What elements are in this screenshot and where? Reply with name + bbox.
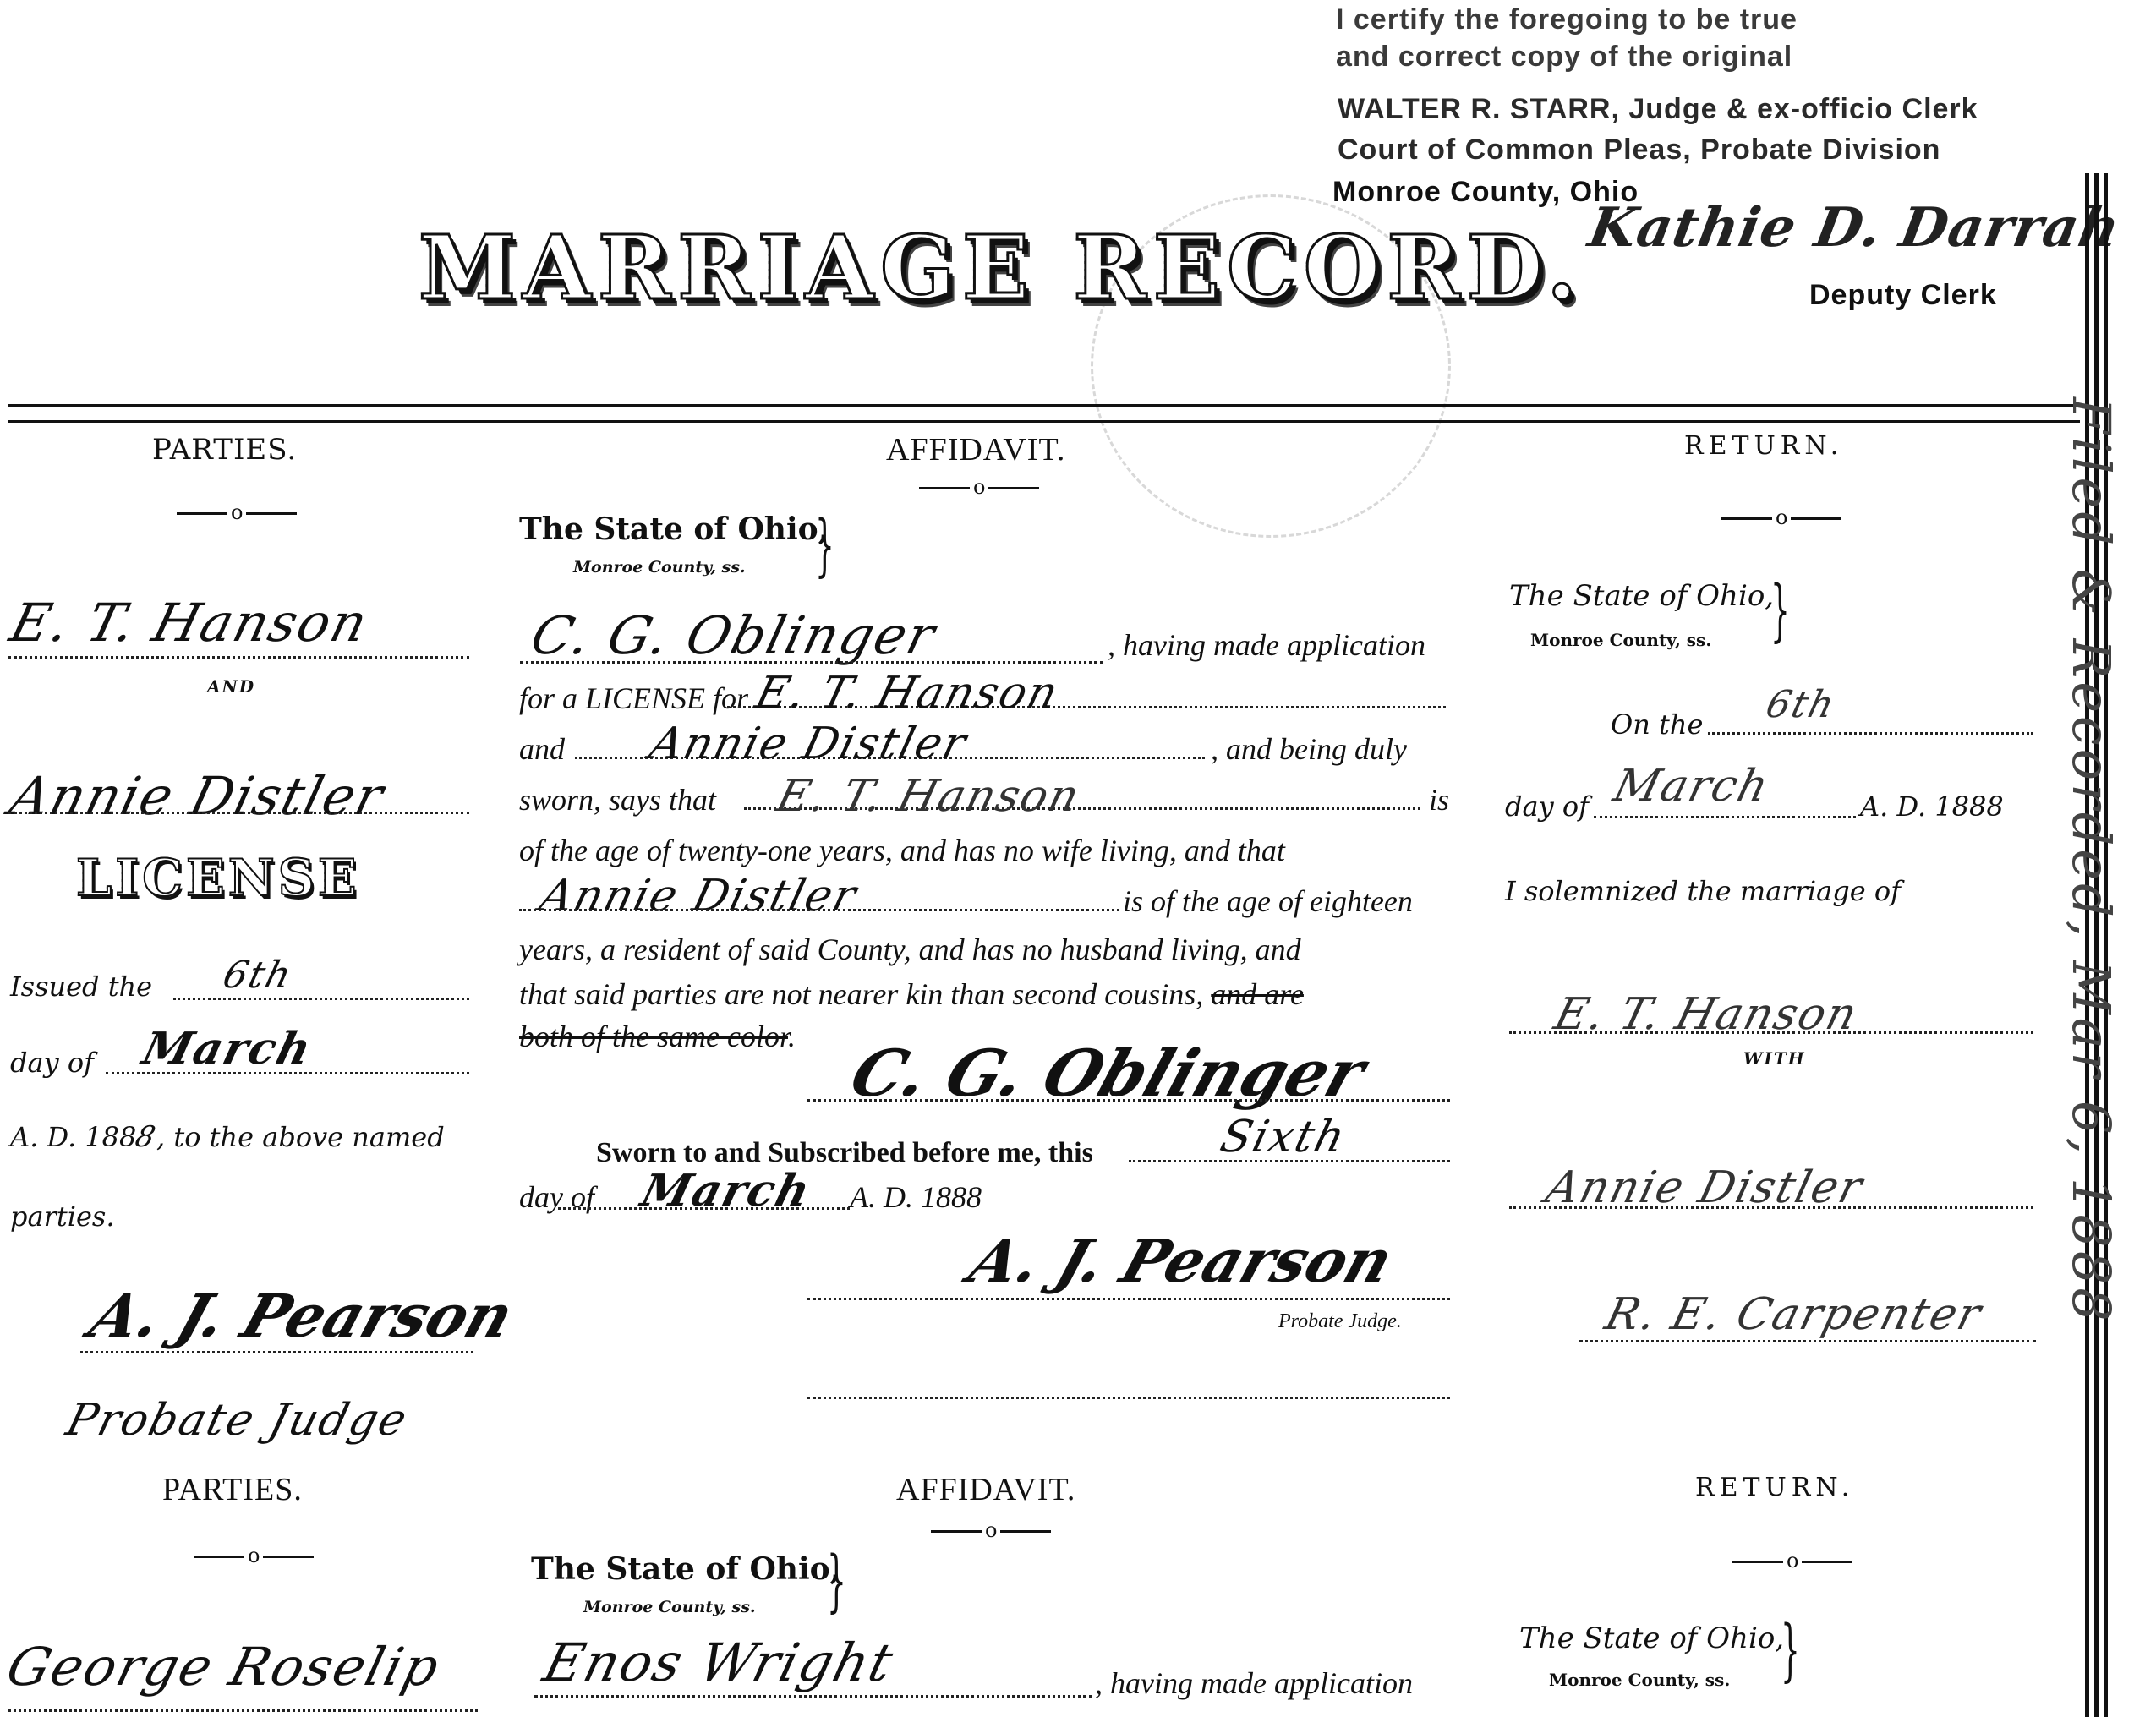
county-name: Monroe County, Ohio [1332,176,1639,209]
ornament-divider: o [190,1544,317,1567]
sworn-name: E. T. Hanson [772,771,1086,822]
bride-name-line [519,909,1119,911]
bride-name: Annie Distler [535,871,863,921]
margin-recording-note: Filed & Recorded, Mar 6, 1888 [2060,397,2122,1325]
brace: } [827,1547,846,1615]
header-rule-bottom [8,420,2080,423]
court-name: Court of Common Pleas, Probate Division [1338,134,1940,167]
sworn-day: Sixth [1216,1112,1352,1162]
return-month: March [1609,761,1776,812]
being-duly: , and being duly [1211,731,1407,767]
state-of-ohio: The State of Ohio, [519,511,829,547]
header-rule-top [8,404,2080,407]
sworn-says-label: sworn, says that [519,782,716,817]
groom-name: George Roselip [1,1636,446,1698]
parties-header: PARTIES. [152,433,297,467]
return-header: RETURN. [1695,1473,1854,1502]
return-day-line [1708,732,2033,735]
judge-signature: A. J. Pearson [961,1226,1402,1296]
county-ss: Monroe County, ss. [1530,630,1711,650]
groom-line [8,1709,478,1712]
and-label: and [519,731,565,767]
affidavit-header: AFFIDAVIT. [896,1471,1075,1508]
state-of-ohio: The State of Ohio, [1519,1621,1784,1655]
license-for-name: E. T. Hanson [751,668,1064,719]
groom-name: E. T. Hanson [4,592,375,653]
ornament-divider: o [916,475,1042,499]
deputy-clerk-signature: Kathie D. Darrah [1584,196,2125,260]
ornament-divider: o [1718,506,1845,529]
return-bride: Annie Distler [1541,1162,1869,1213]
return-day: 6th [1762,683,1841,726]
period: . [788,1020,796,1053]
applicant-name: Enos Wright [538,1632,900,1693]
color-line: both of the same color. [519,1019,796,1054]
state-of-ohio: The State of Ohio, [1509,579,1774,613]
officiant-signature: R. E. Carpenter [1601,1289,1988,1340]
brace: } [1770,577,1790,644]
ad-prefix: A. D. 188 [850,1180,966,1214]
issued-month: March [137,1023,317,1074]
ad-prefix: A. D. 188 [1860,790,1986,823]
clerk-name: WALTER R. STARR, Judge & ex-officio Cler… [1338,93,1978,126]
kin-line: that said parties are not nearer kin tha… [519,976,1304,1012]
certify-line-2: and correct copy of the original [1336,41,1792,74]
parties-header: PARTIES. [162,1471,303,1508]
county-ss: Monroe County, ss. [573,558,746,577]
bride-line [8,812,469,814]
struck-text-2: both of the same color [519,1020,788,1053]
with-label: WITH [1743,1048,1806,1069]
year-digit: 8 [1986,790,2003,823]
sworn-month: March [636,1165,816,1217]
ornament-divider: o [928,1518,1054,1542]
judge-signature-line [80,1351,473,1353]
brace: } [815,511,834,579]
issued-label: Issued the [10,971,152,1003]
affidavit-header: AFFIDAVIT. [886,431,1065,468]
groom-line [8,656,469,659]
judge-signature: A. J. Pearson [82,1281,523,1351]
year-digit: 8 [966,1180,982,1214]
return-bride-line [1509,1206,2033,1209]
officiant-line [1579,1340,2036,1342]
page-title: MARRIAGE RECORD. [419,216,1584,320]
and-name: Annie Distler [645,719,973,769]
struck-text-1: and are [1211,977,1304,1011]
certify-line-1: I certify the foregoing to be true [1336,3,1798,36]
issued-day-line [173,998,469,1000]
to-above-named: , to the above named [156,1121,445,1153]
ornament-divider: o [173,500,300,524]
deputy-clerk-title: Deputy Clerk [1809,279,1997,312]
ad-prefix: A. D. 188 [10,1121,136,1153]
judge-signature-line [807,1298,1450,1300]
return-header: RETURN. [1684,431,1843,461]
state-of-ohio: The State of Ohio, [531,1551,840,1587]
sworn-year: A. D. 1888 [850,1179,982,1215]
brace: } [1781,1616,1800,1684]
for-license-label: for a LICENSE for [519,681,748,716]
bride-name: Annie Distler [4,765,391,827]
on-the-label: On the [1611,708,1703,741]
resident-line: years, a resident of said County, and ha… [519,932,1301,967]
probate-judge-handwritten: Probate Judge [62,1395,413,1446]
ornament-divider: o [1729,1549,1856,1572]
return-year: A. D. 1888 [1860,790,2004,823]
parties-word: parties. [10,1200,114,1233]
issued-year-text: A. D. 1888, to the above named [10,1120,445,1154]
applicant-name: C. G. Oblinger [525,604,943,666]
day-of-label: day of [10,1047,94,1079]
return-groom-line [1509,1031,2033,1034]
and-label: AND [207,676,255,697]
kin-text: that said parties are not nearer kin tha… [519,977,1203,1011]
age-line: of the age of twenty-one years, and has … [519,833,1285,868]
return-month-line [1594,816,1856,818]
license-title: LICENSE [76,849,360,908]
day-of-label: day of [1505,790,1589,823]
blank-line [807,1397,1450,1399]
applicant-line [534,1695,1092,1698]
county-ss: Monroe County, ss. [1549,1670,1730,1690]
applicant-line [520,661,1103,664]
having-made-application: , having made application [1108,627,1425,663]
solemnized-label: I solemnized the marriage of [1505,875,1901,907]
age-eighteen: is of the age of eighteen [1123,883,1413,919]
county-ss: Monroe County, ss. [583,1598,756,1616]
probate-judge-label: Probate Judge. [1278,1310,1402,1333]
is-label: is [1429,782,1449,817]
affiant-signature-line [807,1099,1450,1102]
issued-day: 6th [219,954,298,997]
having-made-application: , having made application [1095,1665,1413,1701]
